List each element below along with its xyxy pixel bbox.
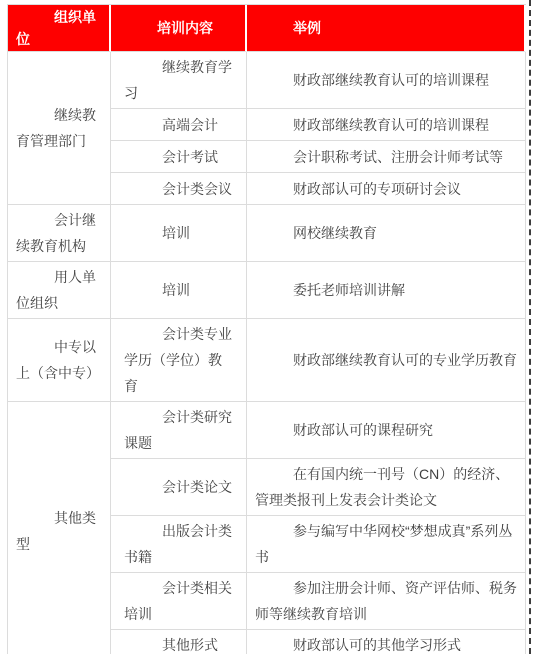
example-cell: 委托老师培训讲解	[247, 262, 526, 319]
example-cell: 财政部继续教育认可的培训课程	[247, 52, 526, 109]
training-content-cell: 会计类研究课题	[111, 402, 247, 459]
header-org-unit: 组织单位	[8, 5, 111, 52]
text-boundary-dashed-line	[529, 0, 531, 654]
training-content-cell: 继续教育学习	[111, 52, 247, 109]
page: 组织单位 培训内容 举例 继续教育管理部门继续教育学习财政部继续教育认可的培训课…	[0, 0, 536, 654]
example-cell: 参加注册会计师、资产评估师、税务师等继续教育培训	[247, 573, 526, 630]
example-cell: 参与编写中华网校“梦想成真”系列丛书	[247, 516, 526, 573]
training-content-cell: 培训	[111, 262, 247, 319]
training-content-cell: 出版会计类书籍	[111, 516, 247, 573]
table-row: 会计继续教育机构培训网校继续教育	[8, 205, 526, 262]
table-row: 其他类型会计类研究课题财政部认可的课程研究	[8, 402, 526, 459]
org-unit-cell: 其他类型	[8, 402, 111, 654]
example-cell: 财政部认可的其他学习形式	[247, 630, 526, 654]
table-row: 用人单位组织培训委托老师培训讲解	[8, 262, 526, 319]
example-cell: 财政部认可的课程研究	[247, 402, 526, 459]
training-content-cell: 会计类会议	[111, 173, 247, 205]
training-content-cell: 培训	[111, 205, 247, 262]
example-cell: 会计职称考试、注册会计师考试等	[247, 141, 526, 173]
example-cell: 网校继续教育	[247, 205, 526, 262]
header-training-content: 培训内容	[111, 5, 247, 52]
training-content-cell: 会计类相关培训	[111, 573, 247, 630]
org-unit-cell: 继续教育管理部门	[8, 52, 111, 205]
training-table-container: 组织单位 培训内容 举例 继续教育管理部门继续教育学习财政部继续教育认可的培训课…	[7, 4, 526, 654]
training-content-cell: 会计考试	[111, 141, 247, 173]
training-table: 组织单位 培训内容 举例 继续教育管理部门继续教育学习财政部继续教育认可的培训课…	[7, 4, 526, 654]
example-cell: 在有国内统一刊号（CN）的经济、管理类报刊上发表会计类论文	[247, 459, 526, 516]
training-content-cell: 会计类论文	[111, 459, 247, 516]
org-unit-cell: 会计继续教育机构	[8, 205, 111, 262]
table-body: 继续教育管理部门继续教育学习财政部继续教育认可的培训课程高端会计财政部继续教育认…	[8, 52, 526, 654]
example-cell: 财政部认可的专项研讨会议	[247, 173, 526, 205]
org-unit-cell: 用人单位组织	[8, 262, 111, 319]
training-content-cell: 其他形式	[111, 630, 247, 654]
org-unit-cell: 中专以上（含中专）	[8, 319, 111, 402]
example-cell: 财政部继续教育认可的专业学历教育	[247, 319, 526, 402]
table-row: 继续教育管理部门继续教育学习财政部继续教育认可的培训课程	[8, 52, 526, 109]
example-cell: 财政部继续教育认可的培训课程	[247, 109, 526, 141]
training-content-cell: 会计类专业学历（学位）教育	[111, 319, 247, 402]
header-row: 组织单位 培训内容 举例	[8, 5, 526, 52]
training-content-cell: 高端会计	[111, 109, 247, 141]
header-examples: 举例	[247, 5, 526, 52]
table-row: 中专以上（含中专）会计类专业学历（学位）教育财政部继续教育认可的专业学历教育	[8, 319, 526, 402]
